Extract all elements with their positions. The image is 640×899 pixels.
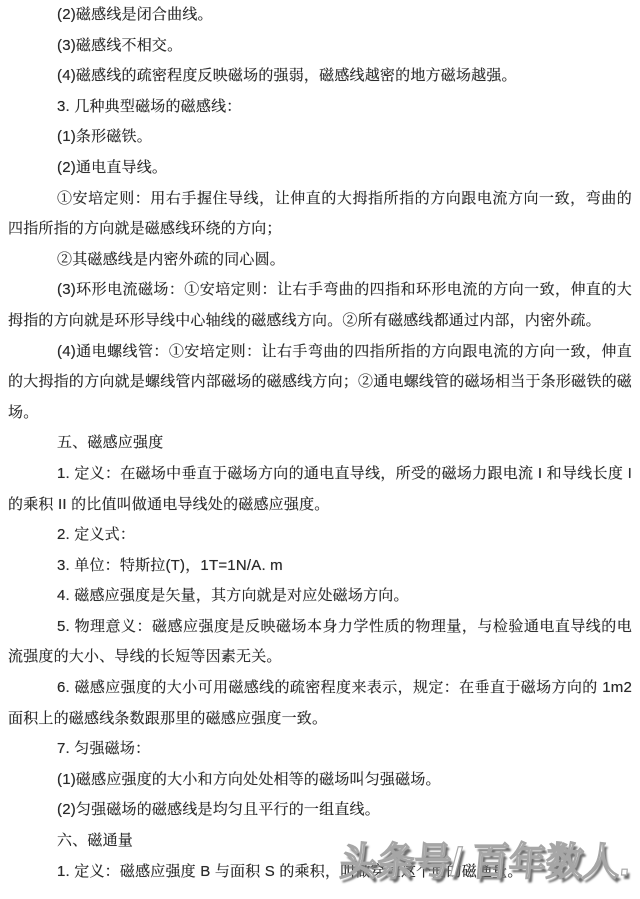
paragraph: 7. 匀强磁场： [8,734,632,765]
paragraph: 五、磁感应强度 [8,428,632,459]
paragraph: (4)磁感线的疏密程度反映磁场的强弱，磁感线越密的地方磁场越强。 [8,61,632,92]
paragraph: ①安培定则：用右手握住导线，让伸直的大拇指所指的方向跟电流方向一致，弯曲的四指所… [8,184,632,245]
paragraph-list: (2)磁感线是闭合曲线。(3)磁感线不相交。(4)磁感线的疏密程度反映磁场的强弱… [8,0,632,887]
paragraph: 2. 定义式： [8,520,632,551]
paragraph: (2)匀强磁场的磁感线是均匀且平行的一组直线。 [8,795,632,826]
paragraph: ②其磁感线是内密外疏的同心圆。 [8,245,632,276]
paragraph: (3)磁感线不相交。 [8,31,632,62]
paragraph: (1)条形磁铁。 [8,122,632,153]
document-page: (2)磁感线是闭合曲线。(3)磁感线不相交。(4)磁感线的疏密程度反映磁场的强弱… [0,0,640,899]
paragraph: (2)磁感线是闭合曲线。 [8,0,632,31]
paragraph: 1. 定义：在磁场中垂直于磁场方向的通电直导线，所受的磁场力跟电流 I 和导线长… [8,459,632,520]
paragraph: 6. 磁感应强度的大小可用磁感线的疏密程度来表示，规定：在垂直于磁场方向的 1m… [8,673,632,734]
paragraph: (2)通电直导线。 [8,153,632,184]
toutiao-watermark: 头条号/ 百年数人. [338,841,632,886]
paragraph: (4)通电螺线管：①安培定则：让右手弯曲的四指所指的方向跟电流的方向一致，伸直的… [8,337,632,429]
paragraph: 3. 单位：特斯拉(T)，1T=1N/A. m [8,551,632,582]
paragraph: 4. 磁感应强度是矢量，其方向就是对应处磁场方向。 [8,581,632,612]
paragraph: (3)环形电流磁场：①安培定则：让右手弯曲的四指和环形电流的方向一致，伸直的大拇… [8,275,632,336]
paragraph: 3. 几种典型磁场的磁感线： [8,92,632,123]
paragraph: 5. 物理意义：磁感应强度是反映磁场本身力学性质的物理量，与检验通电直导线的电流… [8,612,632,673]
paragraph: (1)磁感应强度的大小和方向处处相等的磁场叫匀强磁场。 [8,765,632,796]
